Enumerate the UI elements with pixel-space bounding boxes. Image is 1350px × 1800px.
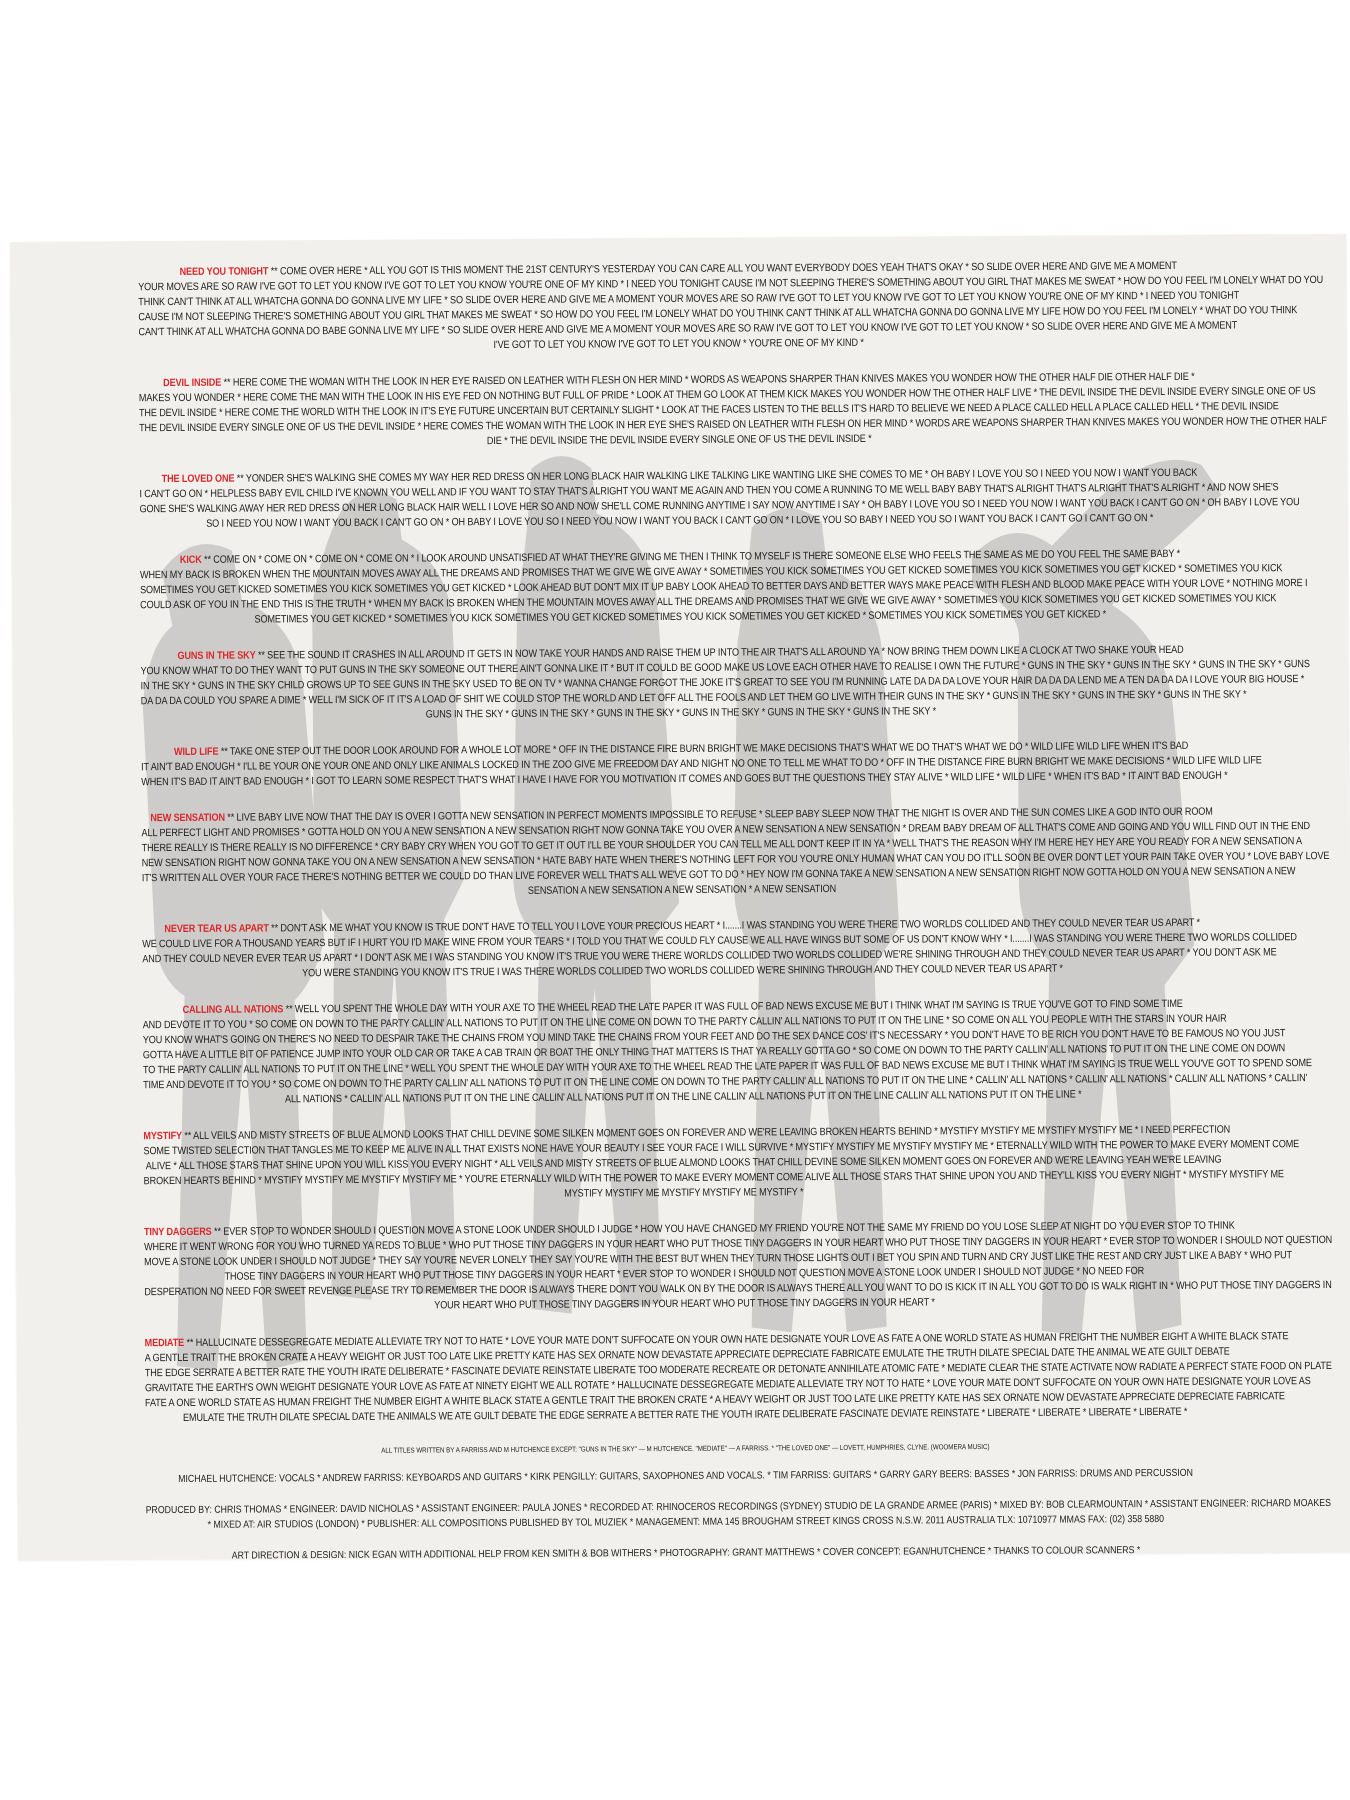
band-credit-text: MICHAEL HUTCHENCE: VOCALS * ANDREW FARRI…: [145, 1466, 1225, 1488]
song-title: DEVIL INSIDE: [163, 377, 221, 389]
song-title: CALLING ALL NATIONS: [183, 1003, 284, 1016]
lyric-text: GUNS IN THE SKY * GUNS IN THE SKY * GUNS…: [426, 705, 936, 720]
song-title: MEDIATE: [145, 1337, 184, 1349]
band-credit: MICHAEL HUTCHENCE: VOCALS * ANDREW FARRI…: [58, 1465, 1314, 1488]
lyric-text: MYSTIFY MYSTIFY ME MYSTIFY MYSTIFY ME MY…: [564, 1186, 803, 1199]
song-title: NEED YOU TONIGHT: [180, 265, 269, 278]
song-title: GUNS IN THE SKY: [177, 650, 255, 662]
writers-credit: ALL TITLES WRITTEN BY A FARRISS AND M HU…: [57, 1440, 1313, 1457]
song-lyrics-block: WILD LIFE ** TAKE ONE STEP OUT THE DOOR …: [53, 738, 1309, 791]
lyric-text: YOUR HEART WHO PUT THOSE TINY DAGGERS IN…: [434, 1296, 935, 1311]
art-credit-text: ART DIRECTION & DESIGN: NICK EGAN WITH A…: [146, 1543, 1226, 1560]
song-lyrics-block: THE LOVED ONE ** YONDER SHE'S WALKING SH…: [51, 465, 1307, 533]
song-lyrics-block: DEVIL INSIDE ** HERE COME THE WOMAN WITH…: [51, 369, 1307, 452]
song-title: NEW SENSATION: [150, 812, 225, 824]
lyric-text: YOU WERE STANDING YOU KNOW IT'S TRUE I W…: [302, 963, 1063, 980]
song-title: KICK: [180, 554, 202, 566]
lyric-text: SENSATION A NEW SENSATION A NEW SENSATIO…: [528, 883, 836, 897]
lyric-text: SOMETIMES YOU GET KICKED * SOMETIMES YOU…: [255, 608, 1107, 625]
lyric-text: ALL NATIONS * CALLIN' ALL NATIONS PUT IT…: [285, 1088, 1082, 1105]
writers-credit-text: ALL TITLES WRITTEN BY A FARRISS AND M HU…: [145, 1441, 1225, 1457]
song-title: MYSTIFY: [143, 1130, 182, 1142]
song-title: THE LOVED ONE: [162, 473, 235, 485]
lyric-text: DIE * THE DEVIL INSIDE THE DEVIL INSIDE …: [487, 433, 872, 447]
song-list: NEED YOU TONIGHT ** COME OVER HERE * ALL…: [50, 258, 1313, 1427]
song-lyrics-block: MEDIATE ** HALLUCINATE DESSEGREGATE MEDI…: [57, 1329, 1314, 1427]
song-title: WILD LIFE: [174, 746, 218, 758]
lyric-text: I'VE GOT TO LET YOU KNOW I'VE GOT TO LET…: [494, 337, 864, 351]
lyric-sleeve: NEED YOU TONIGHT ** COME OVER HERE * ALL…: [10, 234, 1350, 1560]
song-lyrics-block: CALLING ALL NATIONS ** WELL YOU SPENT TH…: [55, 996, 1312, 1109]
art-credit: ART DIRECTION & DESIGN: NICK EGAN WITH A…: [58, 1542, 1314, 1560]
song-title: TINY DAGGERS: [144, 1226, 212, 1238]
production-credit: PRODUCED BY: CHRIS THOMAS * ENGINEER: DA…: [58, 1496, 1314, 1534]
song-lyrics-block: NEW SENSATION ** LIVE BABY LIVE NOW THAT…: [53, 804, 1310, 902]
song-title: NEVER TEAR US APART: [164, 922, 268, 935]
lyrics-content: NEED YOU TONIGHT ** COME OVER HERE * ALL…: [50, 258, 1315, 1560]
song-lyrics-block: TINY DAGGERS ** EVER STOP TO WONDER SHOU…: [56, 1218, 1313, 1316]
song-lyrics-block: KICK ** COME ON * COME ON * COME ON * CO…: [52, 546, 1308, 629]
song-lyrics-block: NEED YOU TONIGHT ** COME OVER HERE * ALL…: [50, 258, 1307, 356]
song-lyrics-block: NEVER TEAR US APART ** DON'T ASK ME WHAT…: [54, 915, 1310, 983]
song-lyrics-block: MYSTIFY ** ALL VEILS AND MISTY STREETS O…: [55, 1122, 1311, 1205]
credits-section: ALL TITLES WRITTEN BY A FARRISS AND M HU…: [57, 1440, 1315, 1560]
song-lyrics-block: GUNS IN THE SKY ** SEE THE SOUND IT CRAS…: [52, 642, 1308, 725]
